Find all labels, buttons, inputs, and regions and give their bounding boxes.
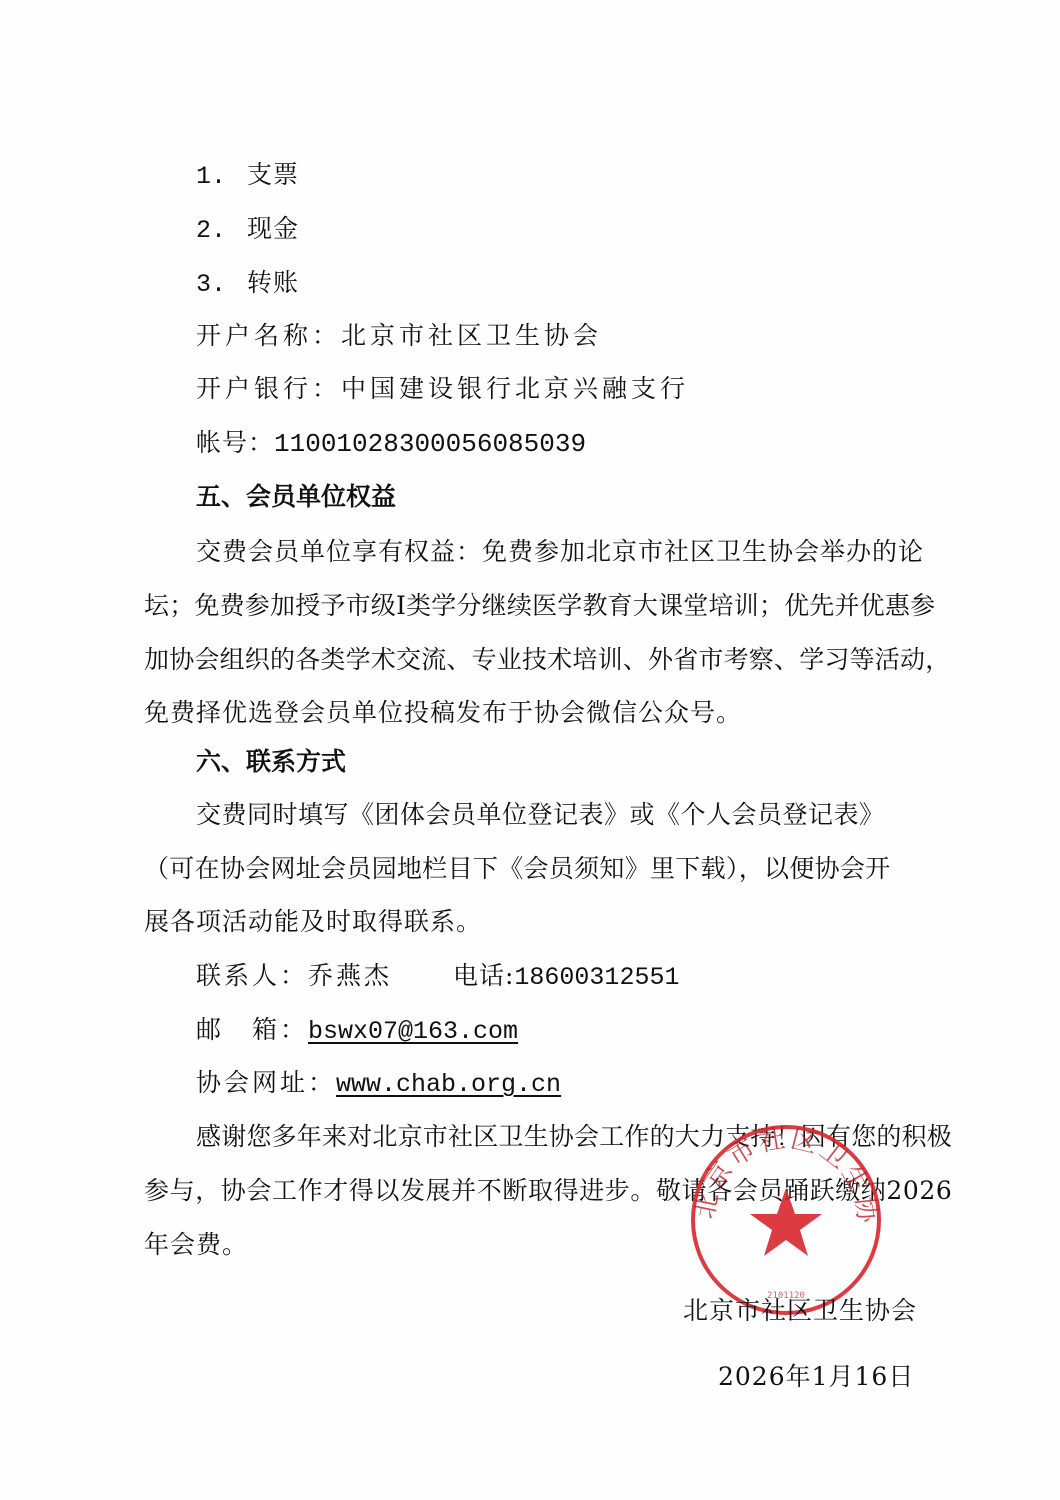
section6-line: 展各项活动能及时取得联系。 bbox=[144, 907, 482, 937]
website-label: 协会网址： bbox=[196, 1068, 336, 1097]
contact-name: 乔燕杰 bbox=[308, 961, 392, 990]
account-name-value: 北京市社区卫生协会 bbox=[341, 321, 602, 350]
list-label: 转账 bbox=[247, 268, 299, 297]
contact-row: 联系人：乔燕杰 电话:18600312551 bbox=[196, 961, 679, 993]
signature-org: 北京市社区卫生协会 bbox=[683, 1296, 917, 1326]
section6-line: （可在协会网址会员园地栏目下《会员须知》里下载），以便协会开 bbox=[144, 854, 891, 884]
list-label: 支票 bbox=[247, 160, 299, 189]
document-page: 1. 支票 2. 现金 3. 转账 开户名称：北京市社区卫生协会 开户银行：中国… bbox=[0, 0, 1060, 1500]
bank-label: 开户银行： bbox=[196, 374, 341, 403]
contact-label: 联系人： bbox=[196, 961, 308, 990]
closing-line: 年会费。 bbox=[144, 1230, 248, 1260]
account-name-label: 开户名称： bbox=[196, 321, 341, 350]
list-number: 3. bbox=[196, 270, 226, 299]
section6-line: 交费同时填写《团体会员单位登记表》或《个人会员登记表》 bbox=[196, 800, 885, 830]
payment-method-item: 3. 转账 bbox=[196, 268, 299, 300]
phone-label: 电话: bbox=[453, 961, 514, 990]
website-row: 协会网址：www.chab.org.cn bbox=[196, 1068, 561, 1100]
bank-value: 中国建设银行北京兴融支行 bbox=[341, 374, 689, 403]
signature-date: 2026年1月16日 bbox=[718, 1362, 914, 1392]
account-number-row: 帐号：11001028300056085039 bbox=[196, 428, 586, 459]
email-label: 邮 箱： bbox=[196, 1015, 308, 1044]
section5-line: 免费择优选登会员单位投稿发布于协会微信公众号。 bbox=[144, 698, 742, 728]
section5-heading: 五、会员单位权益 bbox=[196, 482, 396, 512]
payment-method-item: 2. 现金 bbox=[196, 214, 299, 246]
email-row: 邮 箱：bswx07@163.com bbox=[196, 1015, 518, 1047]
official-seal-icon: 北京市社区卫生协会 2101120 bbox=[688, 1122, 884, 1318]
list-label: 现金 bbox=[247, 214, 299, 243]
email-link[interactable]: bswx07@163.com bbox=[308, 1017, 518, 1046]
payment-method-item: 1. 支票 bbox=[196, 160, 299, 192]
account-number-label: 帐号： bbox=[196, 428, 274, 457]
account-number-value: 11001028300056085039 bbox=[274, 429, 586, 459]
website-link[interactable]: www.chab.org.cn bbox=[336, 1070, 561, 1099]
list-number: 2. bbox=[196, 216, 226, 245]
phone-value: 18600312551 bbox=[514, 963, 679, 992]
bank-row: 开户银行：中国建设银行北京兴融支行 bbox=[196, 374, 689, 404]
list-number: 1. bbox=[196, 162, 226, 191]
section5-line: 坛；免费参加授予市级Ⅰ类学分继续医学教育大课堂培训；优先并优惠参 bbox=[144, 591, 935, 621]
account-name-row: 开户名称：北京市社区卫生协会 bbox=[196, 321, 602, 351]
section6-heading: 六、联系方式 bbox=[196, 747, 346, 777]
section5-line: 交费会员单位享有权益：免费参加北京市社区卫生协会举办的论 bbox=[196, 537, 924, 567]
section5-line: 加协会组织的各类学术交流、专业技术培训、外省市考察、学习等活动， bbox=[144, 645, 950, 675]
